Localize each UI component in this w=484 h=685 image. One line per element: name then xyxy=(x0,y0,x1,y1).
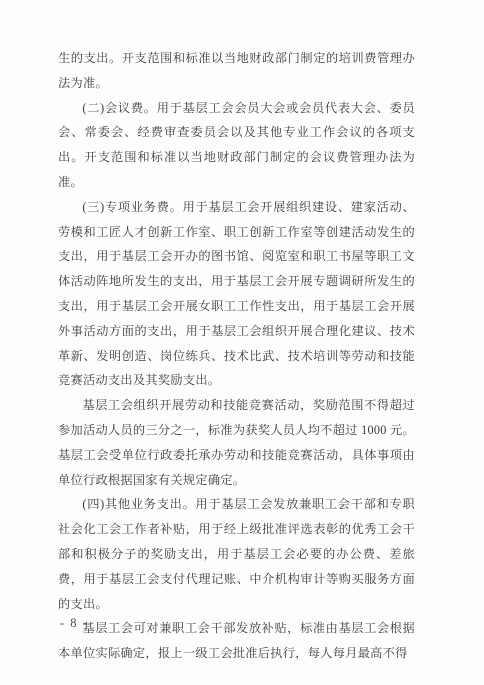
document-page: 生的支出。开支范围和标准以当地财政部门制定的培训费管理办法为准。(二)会议费。用… xyxy=(0,0,484,685)
paragraph: 基层工会可对兼职工会干部发放补贴，标准由基层工会根据本单位实际确定，报上一级工会… xyxy=(58,616,415,666)
page-number: - 8 - xyxy=(60,613,88,633)
paragraph: (四)其他业务支出。用于基层工会发放兼职工会干部和专职社会化工会工作者补贴，用于… xyxy=(58,492,415,616)
document-body-text: 生的支出。开支范围和标准以当地财政部门制定的培训费管理办法为准。(二)会议费。用… xyxy=(58,46,415,666)
paragraph: (三)专项业务费。用于基层工会开展组织建设、建家活动、劳模和工匠人才创新工作室、… xyxy=(58,195,415,393)
paragraph: 生的支出。开支范围和标准以当地财政部门制定的培训费管理办法为准。 xyxy=(58,46,415,96)
paragraph: (二)会议费。用于基层工会会员大会或会员代表大会、委员会、常委会、经费审查委员会… xyxy=(58,96,415,195)
paragraph: 基层工会组织开展劳动和技能竞赛活动，奖励范围不得超过参加活动人员的三分之一，标准… xyxy=(58,393,415,492)
